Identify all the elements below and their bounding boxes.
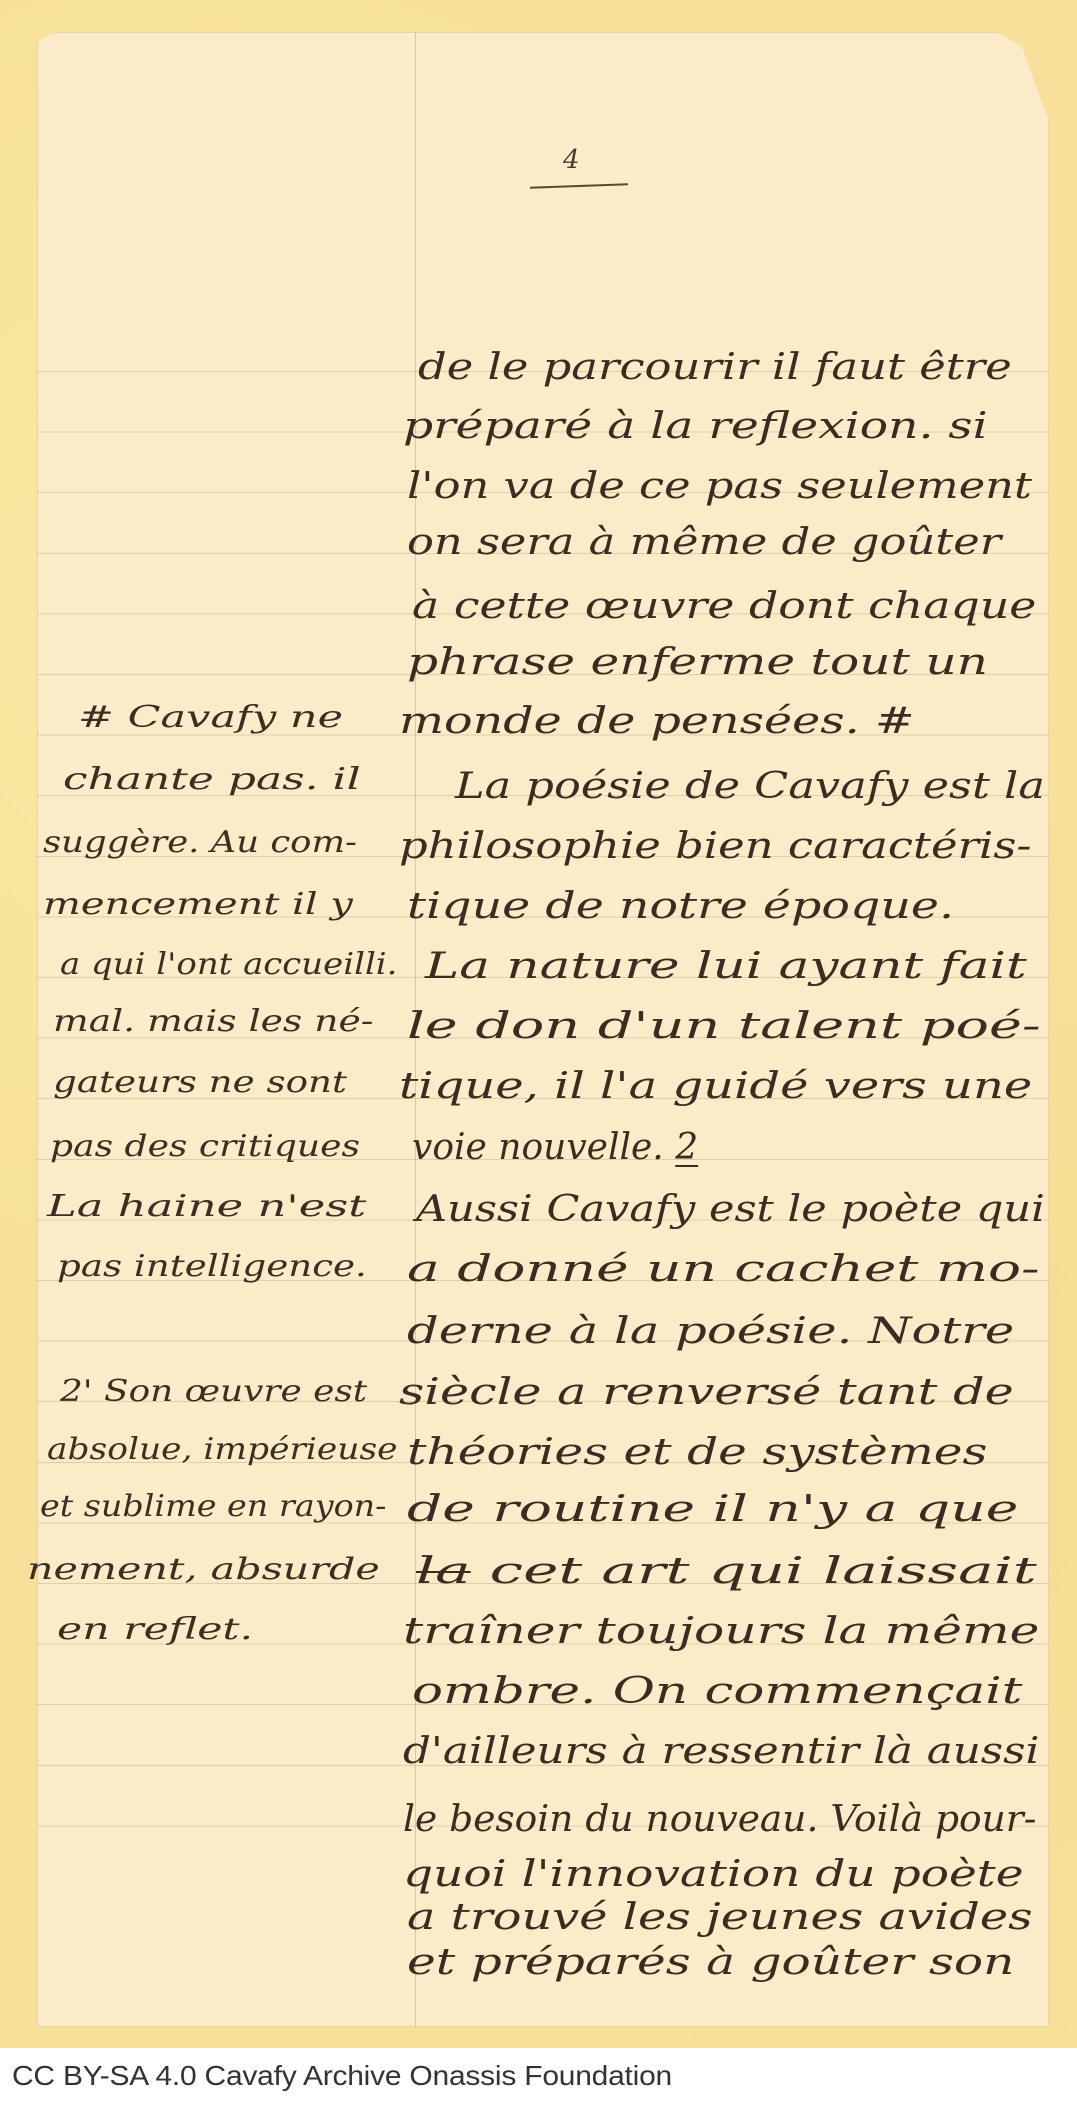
main-line: quoi l'innovation du poète	[403, 1855, 1024, 1895]
main-line: a donné un cachet mo-	[407, 1250, 1040, 1290]
main-line: traîner toujours la même	[403, 1612, 1039, 1652]
struck-word: la	[416, 1551, 471, 1592]
main-line: théories et de systèmes	[407, 1433, 987, 1473]
main-line: tique de notre époque.	[407, 887, 954, 927]
scan-background: 4 de le parcourir il faut être préparé à…	[0, 0, 1077, 2048]
main-line: le besoin du nouveau. Voilà pour-	[403, 1800, 1036, 1840]
main-line: on sera à même de goûter	[407, 523, 1001, 563]
main-line: Aussi Cavafy est le poète qui	[416, 1190, 1045, 1230]
margin-note-line: # Cavafy ne	[78, 701, 343, 735]
margin-note-line: 2' Son œuvre est	[60, 1375, 367, 1409]
margin-note-line: absolue, impérieuse	[47, 1433, 398, 1467]
margin-note-line: et sublime en rayon-	[40, 1490, 386, 1524]
main-line: ombre. On commençait	[412, 1672, 1022, 1712]
margin-note-line: a qui l'ont accueilli.	[60, 948, 397, 982]
margin-note-line: mal. mais les né-	[53, 1005, 373, 1039]
note-reference-2: 2	[675, 1127, 698, 1168]
main-line: d'ailleurs à ressentir là aussi	[403, 1732, 1040, 1772]
main-line: siècle a renversé tant de	[399, 1373, 1014, 1413]
main-line-with-ref: voie nouvelle. 2	[412, 1128, 698, 1168]
main-line: de routine il n'y a que	[407, 1490, 1018, 1530]
margin-note-line: suggère. Au com-	[43, 826, 357, 860]
margin-note-line: gateurs ne sont	[53, 1066, 347, 1100]
main-line: philosophie bien caractéris-	[399, 827, 1032, 867]
margin-note-line: pas intelligence.	[57, 1250, 367, 1284]
margin-note-line: chante pas. il	[63, 763, 361, 797]
margin-note-line: pas des critiques	[50, 1130, 360, 1164]
main-line: derne à la poésie. Notre	[407, 1312, 1014, 1352]
main-line: préparé à la reflexion. si	[403, 407, 988, 447]
main-line: le don d'un talent poé-	[407, 1007, 1041, 1047]
main-line: l'on va de ce pas seulement	[407, 467, 1032, 507]
page-number: 4	[563, 145, 580, 175]
main-line: monde de pensées. #	[399, 702, 915, 742]
main-line: à cette œuvre dont chaque	[412, 587, 1036, 627]
main-line: tique, il l'a guidé vers une	[399, 1067, 1032, 1107]
margin-note-line: La haine n'est	[47, 1190, 366, 1224]
margin-note-line: nement, absurde	[27, 1553, 380, 1587]
main-line: phrase enferme tout un	[407, 643, 988, 683]
main-line-text: voie nouvelle.	[412, 1127, 664, 1168]
margin-note-line: en reflet.	[57, 1613, 253, 1647]
margin-note-line: mencement il y	[43, 888, 353, 922]
main-line: La poésie de Cavafy est la	[455, 767, 1045, 807]
main-line: de le parcourir il faut être	[418, 348, 1012, 388]
main-line-text: cet art qui laissait	[490, 1551, 1037, 1592]
main-line: a trouvé les jeunes avides	[407, 1898, 1033, 1938]
main-line: et préparés à goûter son	[407, 1943, 1014, 1983]
license-caption: CC BY-SA 4.0 Cavafy Archive Onassis Foun…	[12, 2060, 672, 2092]
main-line: La nature lui ayant fait	[425, 947, 1027, 987]
main-line-with-strike: la cet art qui laissait	[416, 1552, 1037, 1592]
